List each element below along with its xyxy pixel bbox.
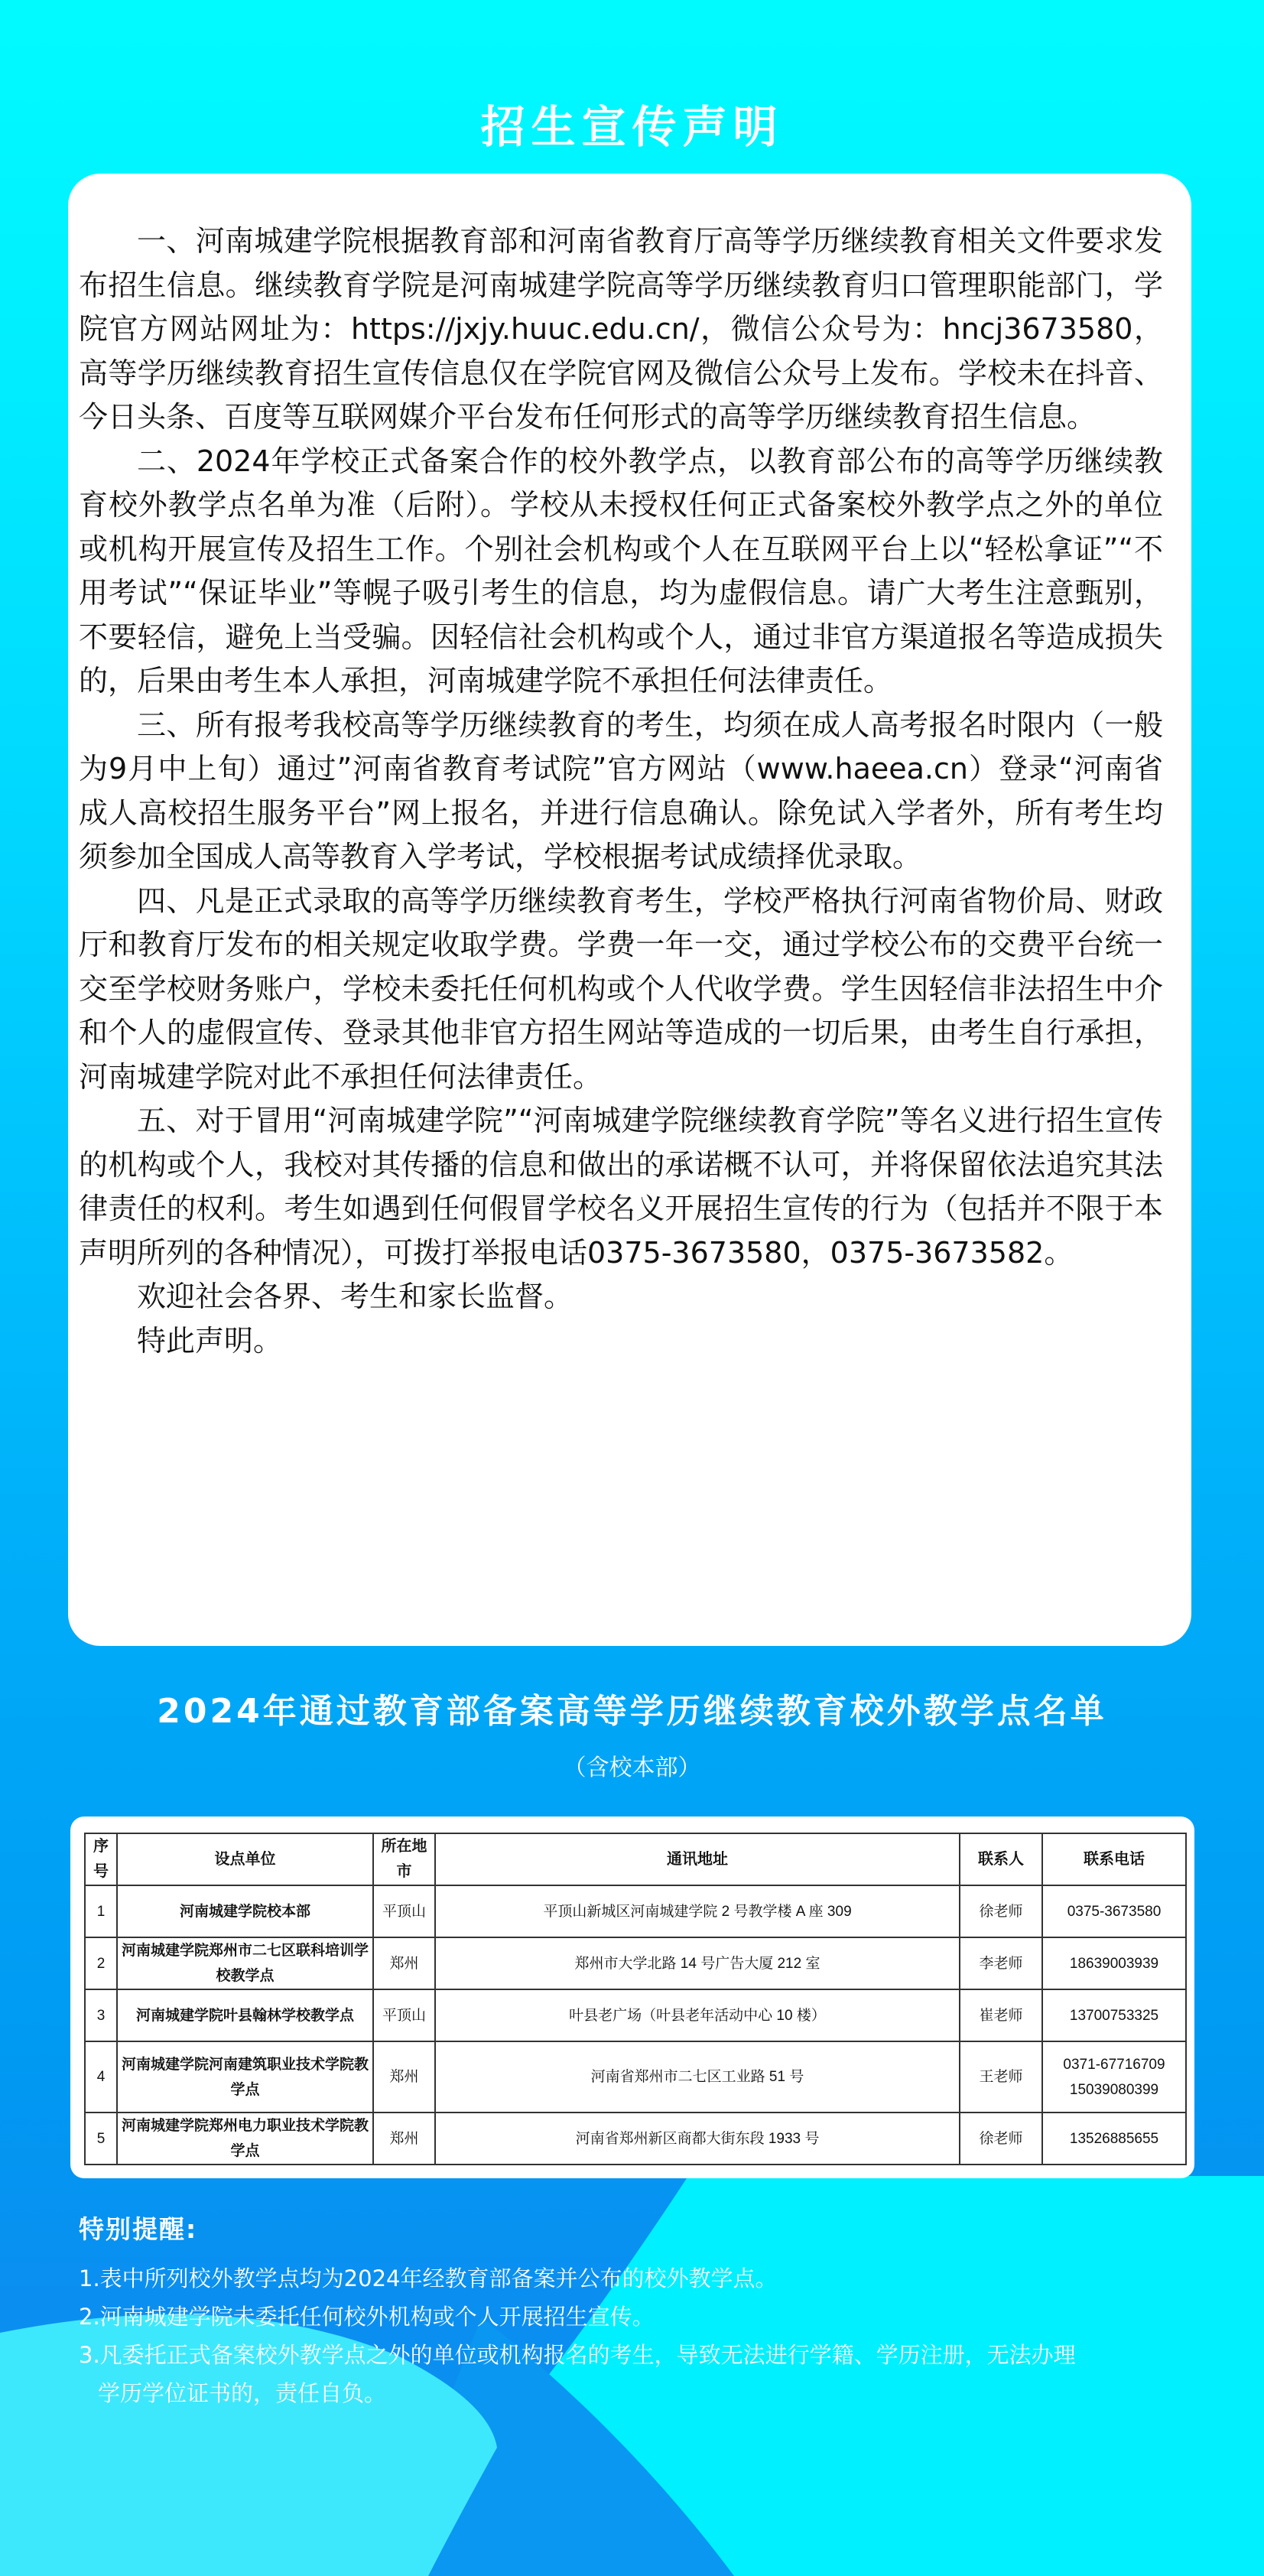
- cell-unit: 河南城建学院郑州电力职业技术学院教学点: [117, 2113, 373, 2165]
- sites-table-card: 序号 设点单位 所在地市 通讯地址 联系人 联系电话 1 河南城建学院校本部 平…: [70, 1817, 1194, 2178]
- cell-unit: 河南城建学院叶县翰林学校教学点: [117, 1989, 373, 2041]
- cell-phone-line-1: 0371-67716709: [1046, 2052, 1182, 2077]
- statement-closing: 特此声明。: [79, 1319, 1163, 1364]
- sites-section-subtitle: （含校本部）: [0, 1751, 1264, 1785]
- special-reminder-heading: 特别提醒:: [79, 2210, 1195, 2249]
- cell-city: 郑州: [373, 1937, 435, 1989]
- cell-no: 5: [85, 2113, 117, 2165]
- statement-paragraph-4: 四、凡是正式录取的高等学历继续教育考生，学校严格执行河南省物价局、财政厅和教育厅…: [79, 880, 1163, 1100]
- table-header-row: 序号 设点单位 所在地市 通讯地址 联系人 联系电话: [85, 1833, 1186, 1885]
- cell-phone: 18639003939: [1042, 1937, 1186, 1989]
- cell-unit: 河南城建学院河南建筑职业技术学院教学点: [117, 2041, 373, 2113]
- statement-paragraph-5: 五、对于冒用“河南城建学院”“河南城建学院继续教育学院”等名义进行招生宣传的机构…: [79, 1099, 1163, 1275]
- special-reminder-list: 1.表中所列校外教学点均为2024年经教育部备案并公布的校外教学点。 2.河南城…: [79, 2259, 1195, 2412]
- header-contact: 联系人: [960, 1833, 1042, 1885]
- statement-paragraph-3: 三、所有报考我校高等学历继续教育的考生，均须在成人高考报名时限内（一般为9月中上…: [79, 704, 1163, 880]
- table-row: 3 河南城建学院叶县翰林学校教学点 平顶山 叶县老广场（叶县老年活动中心 10 …: [85, 1989, 1186, 2041]
- cell-contact: 李老师: [960, 1937, 1042, 1989]
- statement-paragraph-2: 二、2024年学校正式备案合作的校外教学点，以教育部公布的高等学历继续教育校外教…: [79, 440, 1163, 704]
- reminder-item-3: 3.凡委托正式备案校外教学点之外的单位或机构报名的考生，导致无法进行学籍、学历注…: [79, 2336, 1195, 2374]
- header-phone: 联系电话: [1042, 1833, 1186, 1885]
- cell-no: 3: [85, 1989, 117, 2041]
- cell-phone-line-2: 15039080399: [1046, 2077, 1182, 2103]
- reminder-item-3-continuation: 学历学位证书的，责任自负。: [79, 2374, 1195, 2412]
- cell-city: 平顶山: [373, 1989, 435, 2041]
- sites-section-title: 2024年通过教育部备案高等学历继续教育校外教学点名单: [0, 1689, 1264, 1735]
- cell-no: 1: [85, 1885, 117, 1937]
- reminder-item-2: 2.河南城建学院未委托任何校外机构或个人开展招生宣传。: [79, 2298, 1195, 2336]
- cell-phone: 13700753325: [1042, 1989, 1186, 2041]
- table-row: 5 河南城建学院郑州电力职业技术学院教学点 郑州 河南省郑州新区商都大街东段 1…: [85, 2113, 1186, 2165]
- table-row: 1 河南城建学院校本部 平顶山 平顶山新城区河南城建学院 2 号教学楼 A 座 …: [85, 1885, 1186, 1937]
- cell-city: 郑州: [373, 2113, 435, 2165]
- cell-city: 平顶山: [373, 1885, 435, 1937]
- sites-table: 序号 设点单位 所在地市 通讯地址 联系人 联系电话 1 河南城建学院校本部 平…: [84, 1833, 1187, 2165]
- statement-welcome: 欢迎社会各界、考生和家长监督。: [79, 1275, 1163, 1319]
- cell-contact: 王老师: [960, 2041, 1042, 2113]
- table-row: 4 河南城建学院河南建筑职业技术学院教学点 郑州 河南省郑州市二七区工业路 51…: [85, 2041, 1186, 2113]
- cell-phone: 13526885655: [1042, 2113, 1186, 2165]
- cell-address: 郑州市大学北路 14 号广告大厦 212 室: [435, 1937, 960, 1989]
- special-reminder: 特别提醒: 1.表中所列校外教学点均为2024年经教育部备案并公布的校外教学点。…: [79, 2210, 1195, 2412]
- cell-no: 2: [85, 1937, 117, 1989]
- cell-unit: 河南城建学院校本部: [117, 1885, 373, 1937]
- cell-address: 河南省郑州新区商都大街东段 1933 号: [435, 2113, 960, 2165]
- page-title: 招生宣传声明: [0, 98, 1264, 156]
- statement-card: 一、河南城建学院根据教育部和河南省教育厅高等学历继续教育相关文件要求发布招生信息…: [68, 174, 1191, 1646]
- statement-body: 一、河南城建学院根据教育部和河南省教育厅高等学历继续教育相关文件要求发布招生信息…: [79, 220, 1163, 1363]
- header-address: 通讯地址: [435, 1833, 960, 1885]
- table-row: 2 河南城建学院郑州市二七区联科培训学校教学点 郑州 郑州市大学北路 14 号广…: [85, 1937, 1186, 1989]
- statement-paragraph-1: 一、河南城建学院根据教育部和河南省教育厅高等学历继续教育相关文件要求发布招生信息…: [79, 220, 1163, 440]
- cell-contact: 徐老师: [960, 2113, 1042, 2165]
- cell-contact: 崔老师: [960, 1989, 1042, 2041]
- reminder-item-1: 1.表中所列校外教学点均为2024年经教育部备案并公布的校外教学点。: [79, 2259, 1195, 2298]
- header-unit: 设点单位: [117, 1833, 373, 1885]
- cell-phone: 0371-67716709 15039080399: [1042, 2041, 1186, 2113]
- cell-address: 叶县老广场（叶县老年活动中心 10 楼）: [435, 1989, 960, 2041]
- header-city: 所在地市: [373, 1833, 435, 1885]
- cell-contact: 徐老师: [960, 1885, 1042, 1937]
- cell-address: 河南省郑州市二七区工业路 51 号: [435, 2041, 960, 2113]
- cell-unit: 河南城建学院郑州市二七区联科培训学校教学点: [117, 1937, 373, 1989]
- cell-phone: 0375-3673580: [1042, 1885, 1186, 1937]
- header-no: 序号: [85, 1833, 117, 1885]
- cell-address: 平顶山新城区河南城建学院 2 号教学楼 A 座 309: [435, 1885, 960, 1937]
- cell-city: 郑州: [373, 2041, 435, 2113]
- cell-no: 4: [85, 2041, 117, 2113]
